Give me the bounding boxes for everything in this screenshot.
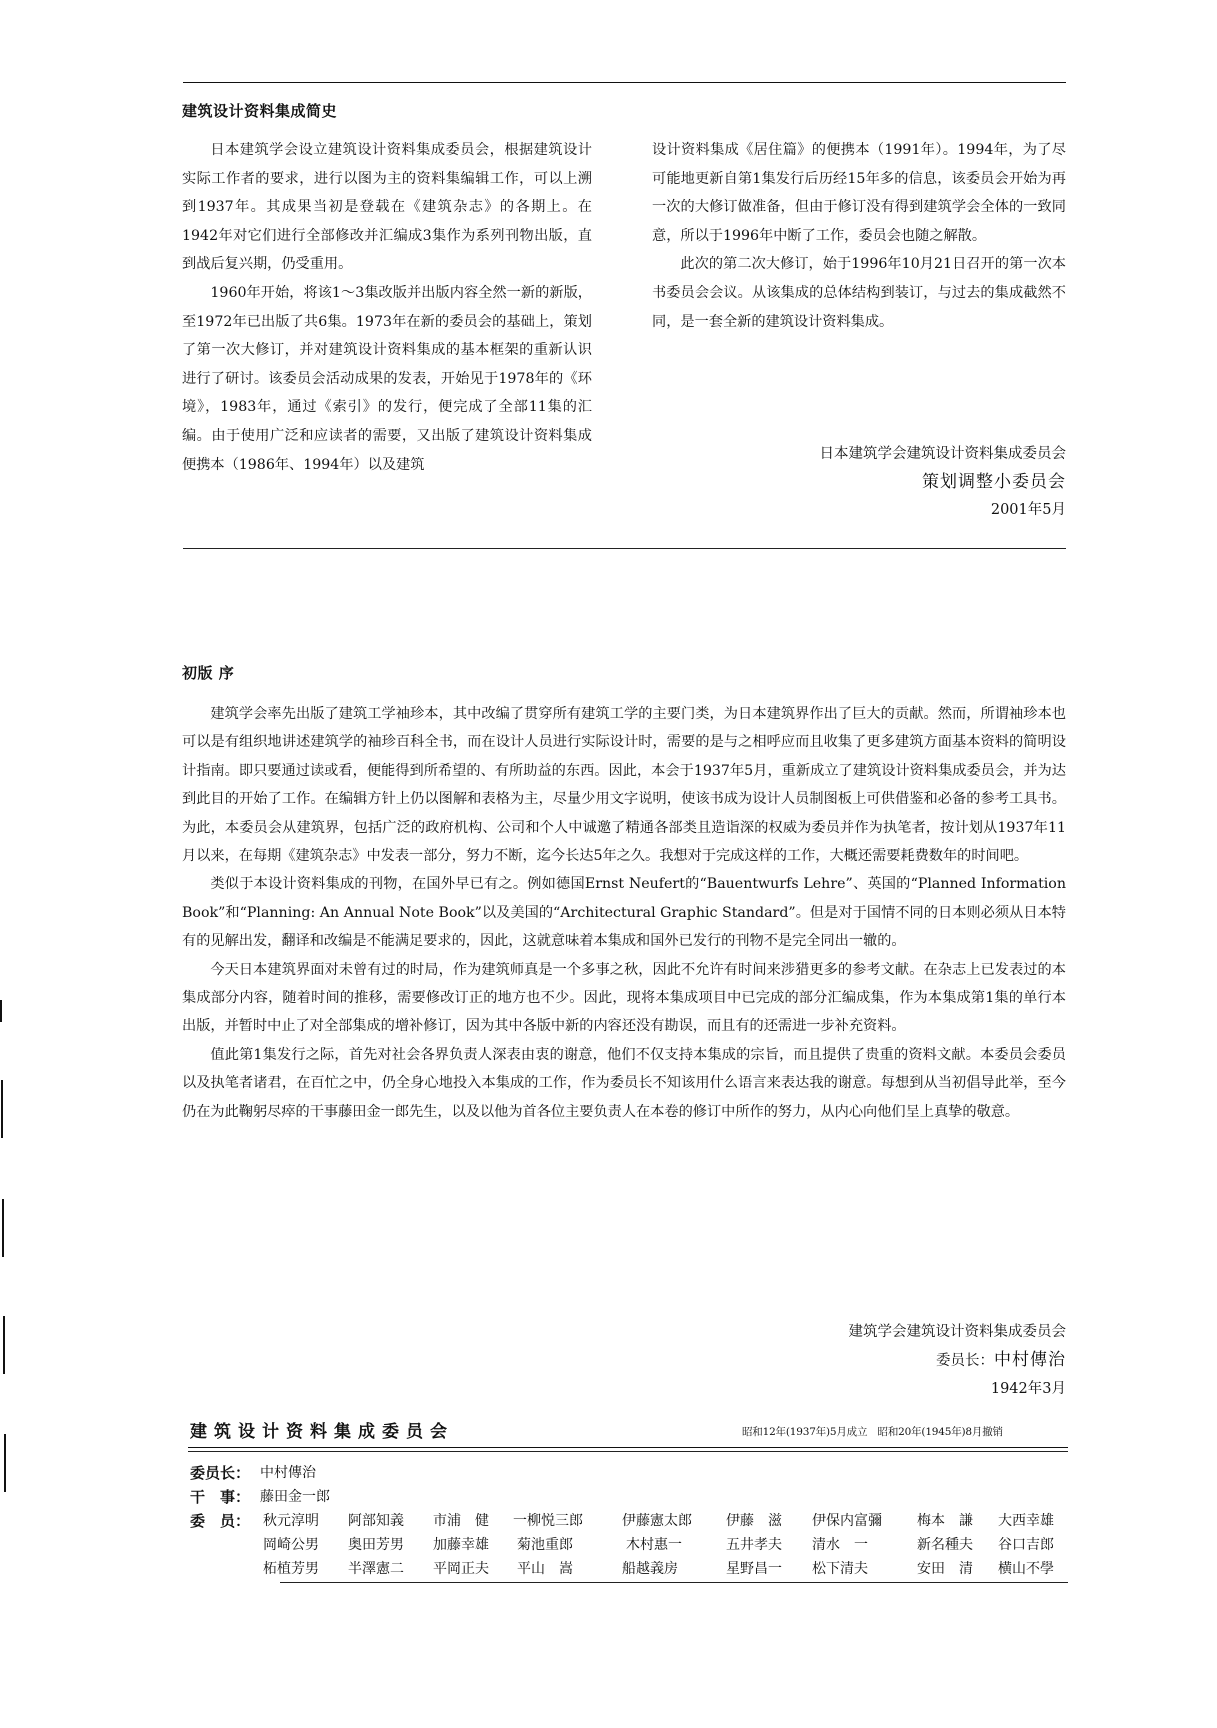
signature-date: 2001年5月	[652, 496, 1066, 524]
committee-title: 建筑设计资料集成委员会	[190, 1417, 454, 1442]
member-name: 岡崎公男	[263, 1534, 319, 1554]
history-column-1: 日本建筑学会设立建筑设计资料集成委员会，根据建筑设计实际工作者的要求，进行以图为…	[182, 136, 592, 479]
signature-org: 日本建筑学会建筑设计资料集成委员会	[652, 440, 1066, 468]
preface-paragraph: 类似于本设计资料集成的刊物，在国外早已有之。例如德国Ernst Neufert的…	[182, 870, 1066, 955]
member-name: 大西幸雄	[998, 1510, 1054, 1530]
member-name: 新名種夫	[917, 1534, 973, 1554]
member-name: 半澤憲二	[348, 1558, 404, 1578]
preface-signature: 建筑学会建筑设计资料集成委员会 委员长：中村傳治 1942年3月	[652, 1318, 1066, 1403]
signature-chair-label: 委员长：	[936, 1353, 994, 1369]
preface-paragraph: 今天日本建筑界面对未曾有过的时局，作为建筑师真是一个多事之秋，因此不允许有时间来…	[182, 956, 1066, 1041]
preface-paragraph: 值此第1集发行之际，首先对社会各界负责人深表由衷的谢意，他们不仅支持本集成的宗旨…	[182, 1041, 1066, 1126]
history-paragraph: 此次的第二次大修订，始于1996年10月21日召开的第一次本书委员会会议。从该集…	[652, 250, 1066, 336]
section-divider	[183, 548, 1066, 549]
scan-mark	[2, 1199, 4, 1257]
bottom-rule	[280, 1582, 1068, 1583]
scan-mark	[3, 1316, 5, 1374]
member-name: 伊藤憲太郎	[622, 1510, 692, 1530]
role-label: 干 事：	[190, 1486, 258, 1507]
history-signature: 日本建筑学会建筑设计资料集成委员会 策划调整小委员会 2001年5月	[652, 440, 1066, 524]
preface-paragraph: 建筑学会率先出版了建筑工学袖珍本，其中改编了贯穿所有建筑工学的主要门类，为日本建…	[182, 700, 1066, 870]
committee-rule	[188, 1447, 1068, 1448]
member-name: 梅本 謙	[917, 1510, 973, 1530]
section-history-title: 建筑设计资料集成简史	[182, 100, 337, 121]
committee-dates-note: 昭和12年(1937年)5月成立 昭和20年(1945年)8月撤销	[742, 1424, 1003, 1439]
role-label: 委员长：	[190, 1462, 258, 1483]
member-name: 柘植芳男	[263, 1558, 319, 1578]
member-name: 谷口吉郎	[998, 1534, 1054, 1554]
member-name: 藤田金一郎	[260, 1486, 330, 1506]
committee-roster: 委员长：中村傳治 干 事：藤田金一郎 委 员： 秋元淳明 阿部知義 市浦 健 一…	[190, 1462, 1070, 1572]
member-name: 木村惠一	[626, 1534, 682, 1554]
member-name: 市浦 健	[433, 1510, 489, 1530]
member-name: 中村傳治	[260, 1462, 316, 1482]
member-name: 一柳悦三郎	[513, 1510, 583, 1530]
preface-body: 建筑学会率先出版了建筑工学袖珍本，其中改编了贯穿所有建筑工学的主要门类，为日本建…	[182, 700, 1066, 1126]
member-name: 清水 一	[812, 1534, 868, 1554]
member-name: 伊保内富彌	[812, 1510, 882, 1530]
scan-mark	[4, 1434, 6, 1492]
signature-org: 建筑学会建筑设计资料集成委员会	[652, 1318, 1066, 1346]
signature-date: 1942年3月	[652, 1375, 1066, 1403]
member-name: 加藤幸雄	[433, 1534, 489, 1554]
role-label: 委 员：	[190, 1510, 258, 1531]
signature-subcommittee: 策划调整小委员会	[652, 468, 1066, 496]
top-rule	[183, 82, 1066, 83]
member-name: 伊藤 滋	[726, 1510, 782, 1530]
history-paragraph-continued: 设计资料集成《居住篇》的便携本（1991年）。1994年，为了尽可能地更新自第1…	[652, 136, 1066, 250]
member-name: 松下清夫	[812, 1558, 868, 1578]
roster-chair: 委员长：中村傳治	[190, 1462, 258, 1483]
member-name: 安田 清	[917, 1558, 973, 1578]
member-name: 平岡正夫	[433, 1558, 489, 1578]
member-name: 船越義房	[622, 1558, 678, 1578]
member-name: 星野昌一	[726, 1558, 782, 1578]
roster-secretary: 干 事：藤田金一郎	[190, 1486, 258, 1507]
member-name: 平山 嵩	[517, 1558, 573, 1578]
history-column-2: 设计资料集成《居住篇》的便携本（1991年）。1994年，为了尽可能地更新自第1…	[652, 136, 1066, 336]
member-name: 五井孝夫	[726, 1534, 782, 1554]
committee-rule-inner	[188, 1451, 1068, 1452]
signature-chair-name: 中村傳治	[994, 1350, 1066, 1370]
member-name: 阿部知義	[348, 1510, 404, 1530]
history-paragraph: 日本建筑学会设立建筑设计资料集成委员会，根据建筑设计实际工作者的要求，进行以图为…	[182, 136, 592, 279]
member-name: 秋元淳明	[263, 1510, 319, 1530]
member-name: 奥田芳男	[348, 1534, 404, 1554]
member-name: 菊池重郎	[517, 1534, 573, 1554]
scan-mark	[1, 1080, 3, 1138]
history-paragraph: 1960年开始，将该1～3集改版并出版内容全然一新的新版，至1972年已出版了共…	[182, 279, 592, 479]
scan-mark	[0, 1000, 2, 1022]
section-preface-title: 初版 序	[182, 662, 234, 683]
member-name: 横山不學	[998, 1558, 1054, 1578]
